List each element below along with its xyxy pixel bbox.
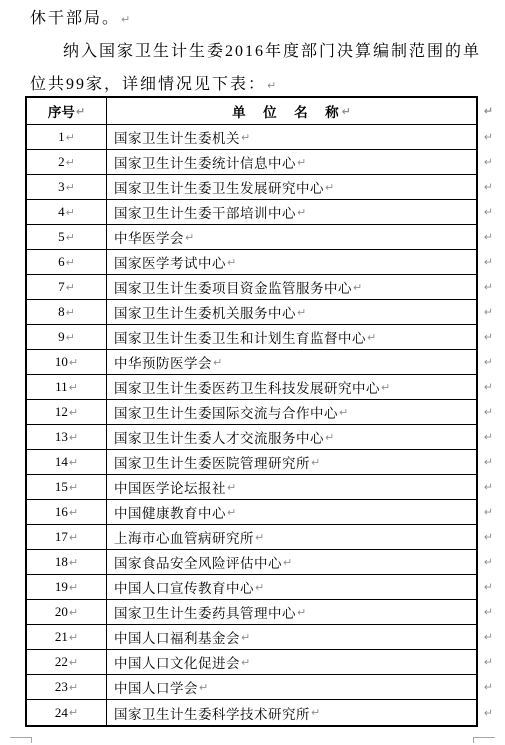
unit-name-cell: 中国人口文化促进会↵ <box>107 650 476 674</box>
table-row: 22↵中国人口文化促进会↵↵ <box>27 650 476 675</box>
row-end-mark-icon: ↵ <box>484 631 493 644</box>
row-number-cell: 16↵ <box>27 500 107 524</box>
intro-line-1: 休干部局。↵ <box>30 2 480 35</box>
row-end-mark-icon: ↵ <box>484 181 493 194</box>
unit-name: 中国人口文化促进会 <box>114 652 240 672</box>
row-end-mark-icon: ↵ <box>484 105 493 118</box>
cell-end-mark-icon: ↵ <box>65 281 75 294</box>
table-row: 18↵国家食品安全风险评估中心↵↵ <box>27 550 476 575</box>
row-number-cell: 20↵ <box>27 600 107 624</box>
row-number-cell: 18↵ <box>27 550 107 574</box>
table-row: 14↵国家卫生计生委医院管理研究所↵↵ <box>27 450 476 475</box>
row-end-mark-icon: ↵ <box>484 656 493 669</box>
paragraph-mark-icon: ↵ <box>266 79 276 92</box>
row-number: 16 <box>55 504 68 520</box>
row-end-mark-icon: ↵ <box>484 406 493 419</box>
unit-name: 国家卫生计生委人才交流服务中心 <box>114 427 324 447</box>
cell-end-mark-icon: ↵ <box>254 581 264 594</box>
cell-end-mark-icon: ↵ <box>68 456 78 469</box>
table-row: 7↵国家卫生计生委项目资金监管服务中心↵↵ <box>27 275 476 300</box>
row-number: 18 <box>55 554 68 570</box>
row-end-mark-icon: ↵ <box>484 706 493 719</box>
cell-end-mark-icon: ↵ <box>212 356 222 369</box>
unit-name-cell: 国家卫生计生委科学技术研究所↵ <box>107 700 476 725</box>
table-row: 3↵国家卫生计生委卫生发展研究中心↵↵ <box>27 175 476 200</box>
cell-end-mark-icon: ↵ <box>254 531 264 544</box>
table-row: 19↵中国人口宣传教育中心↵↵ <box>27 575 476 600</box>
row-number-cell: 12↵ <box>27 400 107 424</box>
row-end-mark-icon: ↵ <box>484 231 493 244</box>
unit-name-cell: 中国健康教育中心↵ <box>107 500 476 524</box>
cell-end-mark-icon: ↵ <box>240 131 250 144</box>
cell-end-mark-icon: ↵ <box>282 556 292 569</box>
row-end-mark-icon: ↵ <box>484 481 493 494</box>
row-number-cell: 3↵ <box>27 175 107 199</box>
table-row: 23↵中国人口学会↵↵ <box>27 675 476 700</box>
table-row: 21↵中国人口福利基金会↵↵ <box>27 625 476 650</box>
unit-name: 国家卫生计生委卫生发展研究中心 <box>114 177 324 197</box>
cell-end-mark-icon: ↵ <box>240 631 250 644</box>
cell-end-mark-icon: ↵ <box>226 256 236 269</box>
cell-end-mark-icon: ↵ <box>65 256 75 269</box>
header-serial-label: 序号 <box>48 101 75 121</box>
unit-name-cell: 国家卫生计生委卫生和计划生育监督中心↵ <box>107 325 476 349</box>
table-row: 17↵上海市心血管病研究所↵↵ <box>27 525 476 550</box>
unit-name: 国家卫生计生委科学技术研究所 <box>114 703 310 723</box>
cell-end-mark-icon: ↵ <box>75 105 85 118</box>
cell-end-mark-icon: ↵ <box>352 281 362 294</box>
table-row: 10↵中华预防医学会↵↵ <box>27 350 476 375</box>
cell-end-mark-icon: ↵ <box>68 481 78 494</box>
row-number-cell: 23↵ <box>27 675 107 699</box>
unit-name-cell: 上海市心血管病研究所↵ <box>107 525 476 549</box>
unit-name-cell: 国家医学考试中心↵ <box>107 250 476 274</box>
row-number: 20 <box>55 604 68 620</box>
intro-line-1-text: 休干部局。 <box>30 10 120 27</box>
row-number-cell: 9↵ <box>27 325 107 349</box>
unit-name-cell: 国家卫生计生委人才交流服务中心↵ <box>107 425 476 449</box>
row-end-mark-icon: ↵ <box>484 131 493 144</box>
unit-name-cell: 国家卫生计生委医药卫生科技发展研究中心↵ <box>107 375 476 399</box>
margin-crop-mark-left-icon <box>10 737 32 743</box>
unit-name: 国家卫生计生委机关 <box>114 127 240 147</box>
unit-name: 国家卫生计生委项目资金监管服务中心 <box>114 277 352 297</box>
row-number: 10 <box>55 354 68 370</box>
row-end-mark-icon: ↵ <box>484 281 493 294</box>
cell-end-mark-icon: ↵ <box>198 681 208 694</box>
unit-name: 国家食品安全风险评估中心 <box>114 552 282 572</box>
table-row: 5↵中华医学会↵↵ <box>27 225 476 250</box>
unit-name-cell: 国家卫生计生委药具管理中心↵ <box>107 600 476 624</box>
row-end-mark-icon: ↵ <box>484 356 493 369</box>
cell-end-mark-icon: ↵ <box>68 556 78 569</box>
unit-name: 国家卫生计生委药具管理中心 <box>114 602 296 622</box>
unit-name: 中国人口福利基金会 <box>114 627 240 647</box>
unit-name: 中国健康教育中心 <box>114 502 226 522</box>
row-end-mark-icon: ↵ <box>484 456 493 469</box>
row-number: 21 <box>55 629 68 645</box>
unit-name-cell: 中华医学会↵ <box>107 225 476 249</box>
cell-end-mark-icon: ↵ <box>310 456 320 469</box>
row-number: 17 <box>55 529 68 545</box>
table-row: 8↵国家卫生计生委机关服务中心↵↵ <box>27 300 476 325</box>
unit-name: 国家卫生计生委国际交流与合作中心 <box>114 402 338 422</box>
cell-end-mark-icon: ↵ <box>324 181 334 194</box>
row-end-mark-icon: ↵ <box>484 306 493 319</box>
table-row: 20↵国家卫生计生委药具管理中心↵↵ <box>27 600 476 625</box>
unit-name: 中国人口宣传教育中心 <box>114 577 254 597</box>
unit-name-cell: 国家卫生计生委机关↵ <box>107 125 476 149</box>
row-number-cell: 13↵ <box>27 425 107 449</box>
row-number: 15 <box>55 479 68 495</box>
row-number-cell: 5↵ <box>27 225 107 249</box>
paragraph-mark-icon: ↵ <box>120 13 130 26</box>
document-page[interactable]: 休干部局。↵ 纳入国家卫生计生委2016年度部门决算编制范围的单 位共99家，详… <box>0 0 505 745</box>
intro-paragraph: 休干部局。↵ 纳入国家卫生计生委2016年度部门决算编制范围的单 位共99家，详… <box>30 2 480 101</box>
row-end-mark-icon: ↵ <box>484 681 493 694</box>
cell-end-mark-icon: ↵ <box>65 231 75 244</box>
row-end-mark-icon: ↵ <box>484 581 493 594</box>
row-number: 22 <box>55 654 68 670</box>
cell-end-mark-icon: ↵ <box>226 481 236 494</box>
row-end-mark-icon: ↵ <box>484 431 493 444</box>
cell-end-mark-icon: ↵ <box>68 406 78 419</box>
cell-end-mark-icon: ↵ <box>68 681 78 694</box>
table-row: 1↵国家卫生计生委机关↵↵ <box>27 125 476 150</box>
intro-line-3-text: 位共99家，详细情况见下表： <box>30 76 266 93</box>
cell-end-mark-icon: ↵ <box>68 356 78 369</box>
cell-end-mark-icon: ↵ <box>68 531 78 544</box>
row-number: 19 <box>55 579 68 595</box>
cell-end-mark-icon: ↵ <box>226 506 236 519</box>
cell-end-mark-icon: ↵ <box>65 306 75 319</box>
cell-end-mark-icon: ↵ <box>65 181 75 194</box>
row-number-cell: 7↵ <box>27 275 107 299</box>
table-row: 11↵国家卫生计生委医药卫生科技发展研究中心↵↵ <box>27 375 476 400</box>
cell-end-mark-icon: ↵ <box>296 606 306 619</box>
row-end-mark-icon: ↵ <box>484 506 493 519</box>
row-number-cell: 4↵ <box>27 200 107 224</box>
cell-end-mark-icon: ↵ <box>380 381 390 394</box>
row-number-cell: 15↵ <box>27 475 107 499</box>
table-row: 12↵国家卫生计生委国际交流与合作中心↵↵ <box>27 400 476 425</box>
unit-name-cell: 中国人口学会↵ <box>107 675 476 699</box>
unit-name-cell: 国家卫生计生委统计信息中心↵ <box>107 150 476 174</box>
row-number: 12 <box>55 404 68 420</box>
row-number-cell: 1↵ <box>27 125 107 149</box>
header-unit-name-label: 单 位 名 称 <box>232 101 341 121</box>
unit-name-cell: 国家食品安全风险评估中心↵ <box>107 550 476 574</box>
table-row: 13↵国家卫生计生委人才交流服务中心↵↵ <box>27 425 476 450</box>
row-end-mark-icon: ↵ <box>484 381 493 394</box>
unit-name: 国家医学考试中心 <box>114 252 226 272</box>
unit-name-cell: 中华预防医学会↵ <box>107 350 476 374</box>
row-number: 13 <box>55 429 68 445</box>
cell-end-mark-icon: ↵ <box>65 131 75 144</box>
unit-name: 中国医学论坛报社 <box>114 477 226 497</box>
intro-line-2: 纳入国家卫生计生委2016年度部门决算编制范围的单 <box>30 35 480 68</box>
unit-name-cell: 国家卫生计生委干部培训中心↵ <box>107 200 476 224</box>
intro-line-2-text: 纳入国家卫生计生委2016年度部门决算编制范围的单 <box>63 43 481 60</box>
unit-name-cell: 国家卫生计生委医院管理研究所↵ <box>107 450 476 474</box>
row-end-mark-icon: ↵ <box>484 256 493 269</box>
unit-name: 国家卫生计生委医药卫生科技发展研究中心 <box>114 377 380 397</box>
row-number: 23 <box>55 679 68 695</box>
unit-name-cell: 国家卫生计生委机关服务中心↵ <box>107 300 476 324</box>
row-number-cell: 22↵ <box>27 650 107 674</box>
unit-name-cell: 中国医学论坛报社↵ <box>107 475 476 499</box>
cell-end-mark-icon: ↵ <box>184 231 194 244</box>
row-end-mark-icon: ↵ <box>484 606 493 619</box>
cell-end-mark-icon: ↵ <box>68 631 78 644</box>
cell-end-mark-icon: ↵ <box>366 331 376 344</box>
row-end-mark-icon: ↵ <box>484 156 493 169</box>
cell-end-mark-icon: ↵ <box>296 206 306 219</box>
row-number-cell: 19↵ <box>27 575 107 599</box>
table-body: 1↵国家卫生计生委机关↵↵2↵国家卫生计生委统计信息中心↵↵3↵国家卫生计生委卫… <box>27 125 476 725</box>
row-number: 11 <box>55 379 68 395</box>
unit-name-cell: 国家卫生计生委国际交流与合作中心↵ <box>107 400 476 424</box>
unit-name: 国家卫生计生委干部培训中心 <box>114 202 296 222</box>
cell-end-mark-icon: ↵ <box>310 706 320 719</box>
cell-end-mark-icon: ↵ <box>68 581 78 594</box>
table-row: 16↵中国健康教育中心↵↵ <box>27 500 476 525</box>
cell-end-mark-icon: ↵ <box>65 156 75 169</box>
row-number-cell: 2↵ <box>27 150 107 174</box>
row-number-cell: 14↵ <box>27 450 107 474</box>
row-number: 24 <box>55 705 68 721</box>
header-serial-cell: 序号↵ <box>27 98 107 124</box>
row-end-mark-icon: ↵ <box>484 206 493 219</box>
cell-end-mark-icon: ↵ <box>341 105 351 118</box>
table-row: 6↵国家医学考试中心↵↵ <box>27 250 476 275</box>
cell-end-mark-icon: ↵ <box>65 206 75 219</box>
table-row: 24↵国家卫生计生委科学技术研究所↵↵ <box>27 700 476 725</box>
table-row: 2↵国家卫生计生委统计信息中心↵↵ <box>27 150 476 175</box>
table-row: 15↵中国医学论坛报社↵↵ <box>27 475 476 500</box>
table-header-row: 序号↵ 单 位 名 称↵ ↵ <box>27 98 476 125</box>
unit-name: 国家卫生计生委机关服务中心 <box>114 302 296 322</box>
cell-end-mark-icon: ↵ <box>68 706 78 719</box>
unit-name: 中华预防医学会 <box>114 352 212 372</box>
table-row: 4↵国家卫生计生委干部培训中心↵↵ <box>27 200 476 225</box>
unit-name-cell: 国家卫生计生委卫生发展研究中心↵ <box>107 175 476 199</box>
header-unit-name-cell: 单 位 名 称↵ <box>107 98 476 124</box>
row-number-cell: 24↵ <box>27 700 107 725</box>
row-number-cell: 17↵ <box>27 525 107 549</box>
unit-name: 国家卫生计生委医院管理研究所 <box>114 452 310 472</box>
row-number-cell: 10↵ <box>27 350 107 374</box>
row-number-cell: 11↵ <box>27 375 107 399</box>
unit-name-cell: 国家卫生计生委项目资金监管服务中心↵ <box>107 275 476 299</box>
row-number: 14 <box>55 454 68 470</box>
cell-end-mark-icon: ↵ <box>68 506 78 519</box>
cell-end-mark-icon: ↵ <box>324 431 334 444</box>
cell-end-mark-icon: ↵ <box>65 331 75 344</box>
unit-name: 中国人口学会 <box>114 677 198 697</box>
cell-end-mark-icon: ↵ <box>338 406 348 419</box>
unit-name: 上海市心血管病研究所 <box>114 527 254 547</box>
row-number-cell: 8↵ <box>27 300 107 324</box>
row-end-mark-icon: ↵ <box>484 331 493 344</box>
units-table: 序号↵ 单 位 名 称↵ ↵ 1↵国家卫生计生委机关↵↵2↵国家卫生计生委统计信… <box>25 96 478 727</box>
cell-end-mark-icon: ↵ <box>68 606 78 619</box>
margin-crop-mark-right-icon <box>473 737 495 743</box>
cell-end-mark-icon: ↵ <box>68 656 78 669</box>
row-number-cell: 21↵ <box>27 625 107 649</box>
row-number-cell: 6↵ <box>27 250 107 274</box>
unit-name: 国家卫生计生委统计信息中心 <box>114 152 296 172</box>
cell-end-mark-icon: ↵ <box>68 431 78 444</box>
unit-name: 国家卫生计生委卫生和计划生育监督中心 <box>114 327 366 347</box>
unit-name-cell: 中国人口福利基金会↵ <box>107 625 476 649</box>
table-row: 9↵国家卫生计生委卫生和计划生育监督中心↵↵ <box>27 325 476 350</box>
unit-name: 中华医学会 <box>114 227 184 247</box>
cell-end-mark-icon: ↵ <box>296 306 306 319</box>
unit-name-cell: 中国人口宣传教育中心↵ <box>107 575 476 599</box>
row-end-mark-icon: ↵ <box>484 556 493 569</box>
cell-end-mark-icon: ↵ <box>68 381 78 394</box>
row-end-mark-icon: ↵ <box>484 531 493 544</box>
cell-end-mark-icon: ↵ <box>240 656 250 669</box>
cell-end-mark-icon: ↵ <box>296 156 306 169</box>
